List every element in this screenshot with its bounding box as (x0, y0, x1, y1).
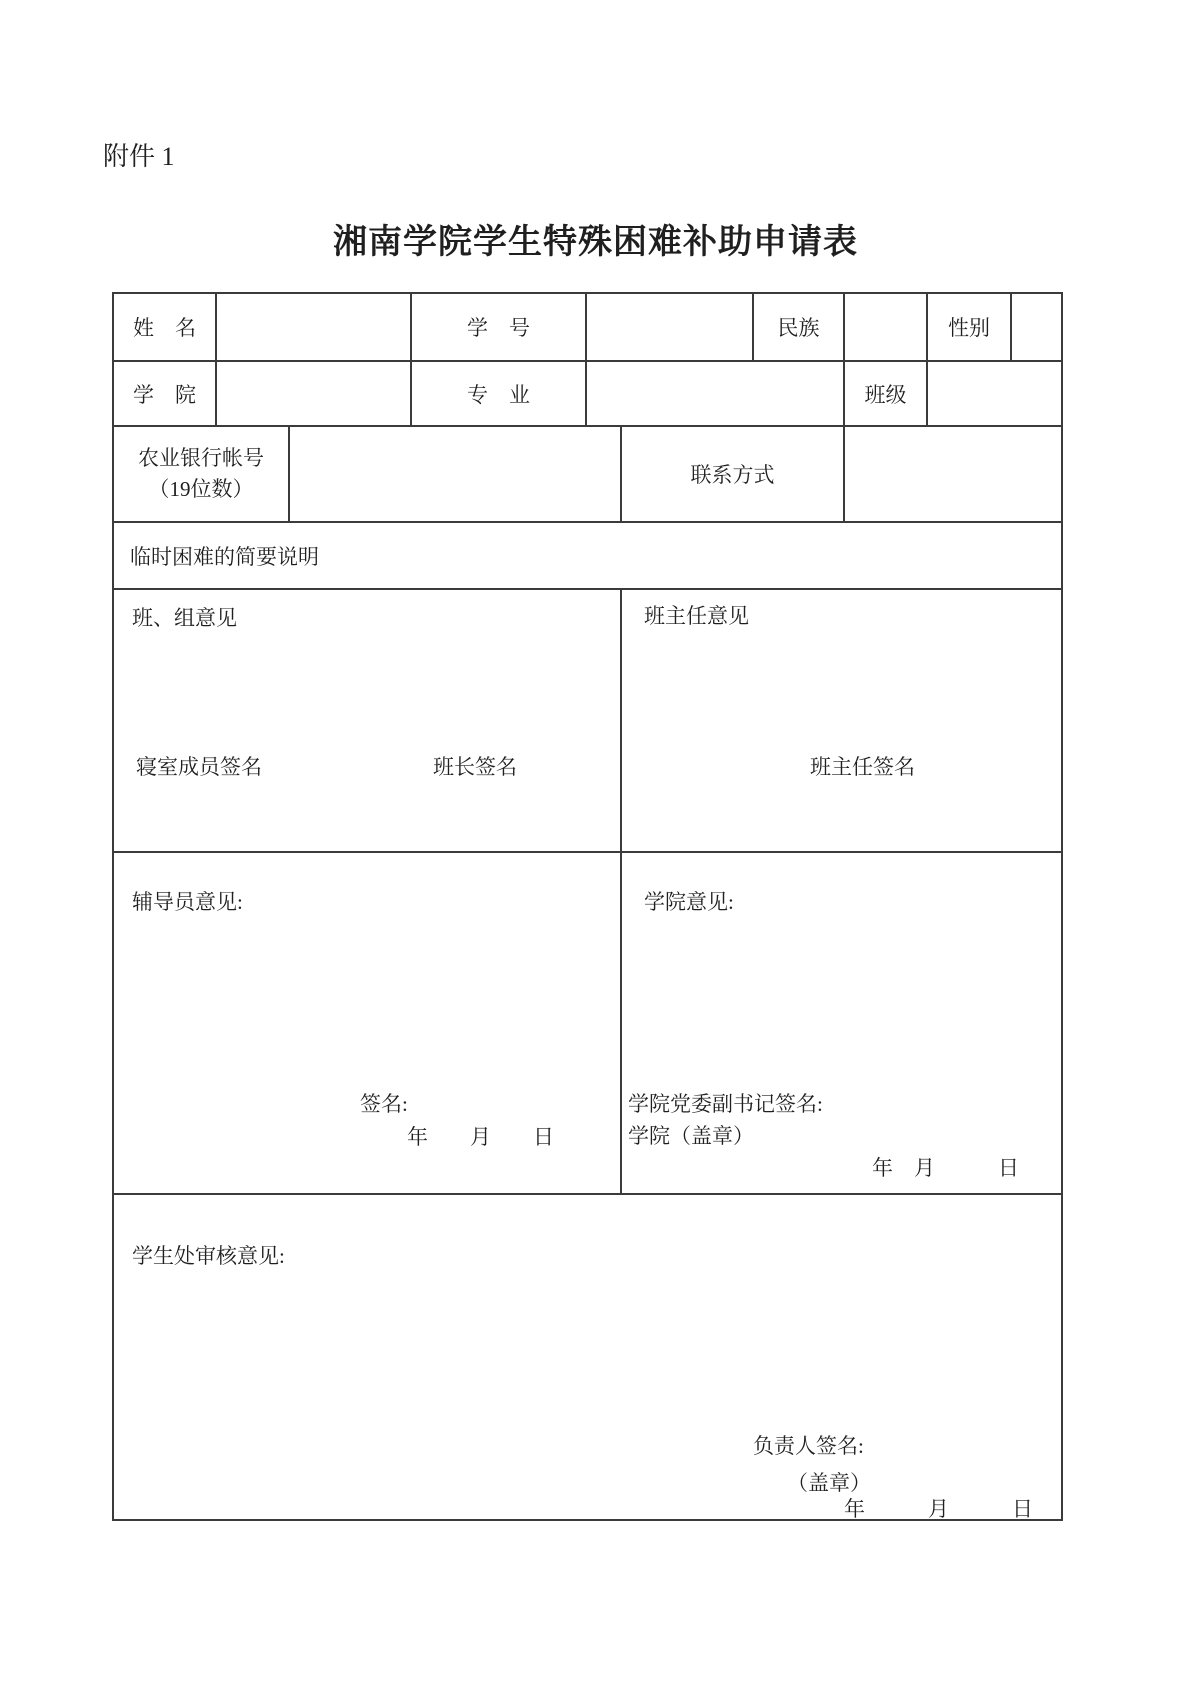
table-row: 学生处审核意见: 负责人签名: （盖章） 年 月 日 (114, 1195, 1061, 1519)
college-value-cell (217, 362, 412, 425)
head-teacher-signature-label: 班主任签名 (810, 751, 915, 781)
college-opinion-label: 学院意见: (644, 886, 734, 916)
table-row: 班、组意见 寝室成员签名 班长签名 班主任意见 班主任签名 (114, 590, 1061, 853)
gender-label-cell: 性别 (928, 294, 1012, 360)
counselor-opinion-cell: 辅导员意见: 签名: 年 月 日 (114, 853, 622, 1193)
head-teacher-opinion-cell: 班主任意见 班主任签名 (622, 590, 1061, 851)
counselor-opinion-label: 辅导员意见: (132, 886, 243, 916)
attachment-label: 附件 1 (103, 136, 175, 173)
bank-account-label-line2: （19位数） (149, 474, 254, 505)
class-monitor-signature-label: 班长签名 (433, 751, 517, 781)
page-title: 湘南学院学生特殊困难补助申请表 (0, 214, 1191, 263)
college-seal-label: 学院（盖章） (628, 1120, 754, 1150)
class-label-cell: 班级 (845, 362, 928, 425)
student-affairs-review-label: 学生处审核意见: (132, 1240, 285, 1270)
counselor-date-line: 年 月 日 (407, 1121, 554, 1151)
ethnicity-value-cell (845, 294, 928, 360)
table-row: 姓 名 学 号 民族 性别 (114, 294, 1061, 362)
college-label-cell: 学 院 (114, 362, 217, 425)
dorm-members-signature-label: 寝室成员签名 (136, 751, 262, 781)
student-id-value-cell (587, 294, 754, 360)
table-row: 辅导员意见: 签名: 年 月 日 学院意见: 学院党委副书记签名: 学院（盖章）… (114, 853, 1061, 1195)
ethnicity-label-cell: 民族 (754, 294, 845, 360)
major-label-cell: 专 业 (412, 362, 587, 425)
name-label-cell: 姓 名 (114, 294, 217, 360)
student-id-label-cell: 学 号 (412, 294, 587, 360)
student-affairs-date-line: 年 月 日 (844, 1493, 1033, 1523)
student-affairs-review-cell: 学生处审核意见: 负责人签名: （盖章） 年 月 日 (114, 1195, 1061, 1519)
bank-account-value-cell (290, 427, 622, 521)
bank-account-label-line1: 农业银行帐号 (138, 443, 264, 474)
responsible-person-signature-label: 负责人签名: (753, 1430, 864, 1460)
table-row: 临时困难的简要说明 (114, 523, 1061, 590)
college-opinion-cell: 学院意见: 学院党委副书记签名: 学院（盖章） 年 月 日 (622, 853, 1061, 1193)
major-value-cell (587, 362, 845, 425)
application-form-table: 姓 名 学 号 民族 性别 学 院 专 业 班级 农业银行帐号 （19位数） 联 (112, 292, 1063, 1521)
class-group-opinion-label: 班、组意见 (132, 602, 237, 632)
table-row: 学 院 专 业 班级 (114, 362, 1061, 427)
head-teacher-opinion-label: 班主任意见 (644, 600, 749, 630)
class-group-opinion-cell: 班、组意见 寝室成员签名 班长签名 (114, 590, 622, 851)
gender-value-cell (1012, 294, 1061, 360)
contact-label-cell: 联系方式 (622, 427, 845, 521)
name-value-cell (217, 294, 412, 360)
contact-value-cell (845, 427, 1061, 521)
class-value-cell (928, 362, 1061, 425)
table-row: 农业银行帐号 （19位数） 联系方式 (114, 427, 1061, 523)
document-page: 附件 1 湘南学院学生特殊困难补助申请表 姓 名 学 号 民族 性别 学 院 专… (0, 0, 1191, 1684)
counselor-signature-label: 签名: (360, 1088, 408, 1118)
difficulty-description-cell: 临时困难的简要说明 (114, 523, 1061, 588)
college-date-line: 年 月 日 (872, 1152, 1019, 1182)
college-deputy-secretary-signature-label: 学院党委副书记签名: (628, 1088, 823, 1118)
bank-account-label-cell: 农业银行帐号 （19位数） (114, 427, 290, 521)
